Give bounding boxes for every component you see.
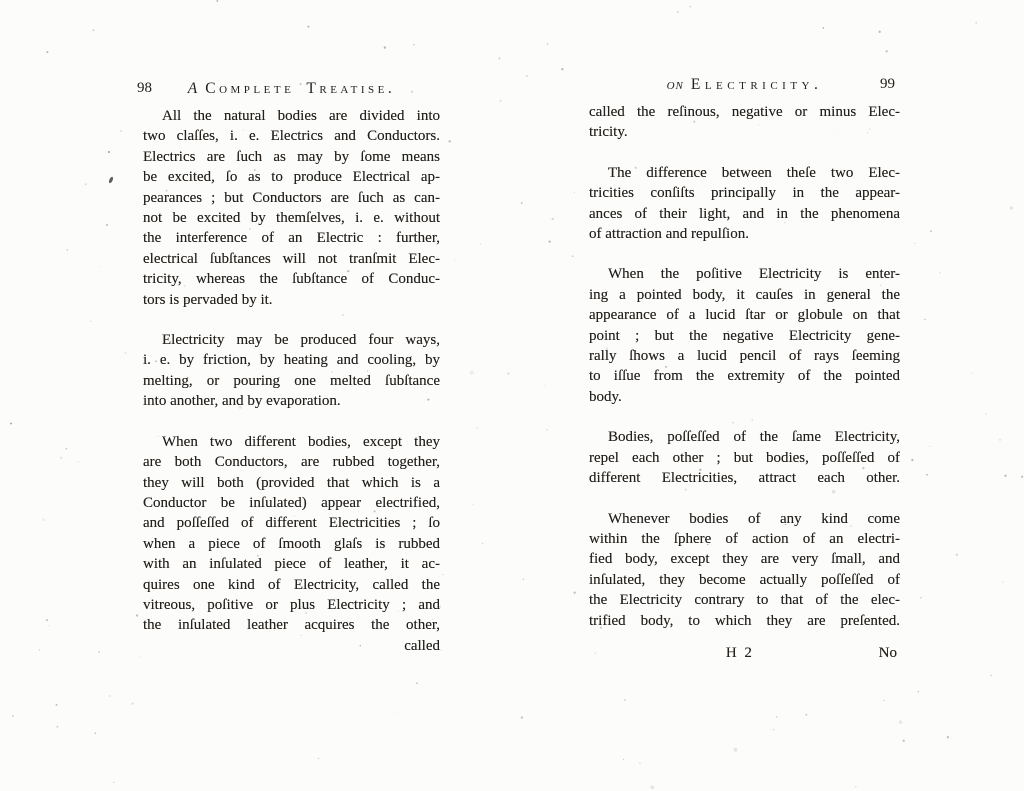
running-title-text-right: Electricity. (691, 76, 823, 93)
catchword-row-left: called (143, 636, 440, 656)
page-header-right: onElectricity. 99 (589, 76, 900, 97)
text-line: vitreous, poſitive or plus Electricity ;… (143, 595, 440, 615)
running-title-lead-left: A (188, 80, 198, 97)
paragraph: called the reſinous, negative or minus E… (589, 102, 900, 143)
text-line: trified body, to which they are preſente… (589, 611, 900, 631)
text-line: the interference of an Electric : furthe… (143, 228, 440, 248)
text-line: they will both (provided that which is a (143, 473, 440, 493)
text-line: different Electricities, attract each ot… (589, 468, 900, 488)
text-line: Conductor be inſulated) appear electrifi… (143, 493, 440, 513)
text-line: ances of their light, and in the phenome… (589, 204, 900, 224)
text-line: to iſſue from the extremity of the point… (589, 366, 900, 386)
paragraph: Bodies, poſſeſſed of the ſame Electricit… (589, 427, 900, 488)
text-line: with an inſulated piece of leather, it a… (143, 554, 440, 574)
text-line: within the ſphere of action of an electr… (589, 529, 900, 549)
book-scan: 98 AComplete Treatise. All the natural b… (0, 0, 1024, 791)
text-line: inſulated, they become actually poſſeſſe… (589, 570, 900, 590)
text-line: Electrics are ſuch as may by ſome means (143, 147, 440, 167)
text-line: quires one kind of Electricity, called t… (143, 575, 440, 595)
text-line: called the reſinous, negative or minus E… (589, 102, 900, 122)
text-line: tors is pervaded by it. (143, 290, 440, 310)
text-line: tricity. (589, 122, 900, 142)
text-line: the Electricity contrary to that of the … (589, 590, 900, 610)
text-line: fied body, except they are very ſmall, a… (589, 549, 900, 569)
text-line: point ; but the negative Electricity gen… (589, 326, 900, 346)
running-title-text-left: Complete Treatise. (205, 80, 395, 97)
text-line: All the natural bodies are divided into (143, 106, 440, 126)
text-line: of attraction and repulſion. (589, 224, 900, 244)
page-number-right: 99 (880, 76, 895, 93)
text-line: when a piece of ſmooth glaſs is rubbed (143, 534, 440, 554)
text-line: tricity, whereas the ſubſtance of Conduc… (143, 269, 440, 289)
text-line: When two different bodies, except they (143, 432, 440, 452)
page-body-right: called the reſinous, negative or minus E… (589, 102, 900, 631)
catchword-right: No (879, 645, 897, 662)
text-line: melting, or pouring one melted ſubſtance (143, 371, 440, 391)
paragraph: Electricity may be produced four ways,i.… (143, 330, 440, 412)
text-line: Whenever bodies of any kind come (589, 509, 900, 529)
paragraph: All the natural bodies are divided intot… (143, 106, 440, 310)
text-line: i. e. by friction, by heating and coolin… (143, 350, 440, 370)
text-line: When the poſitive Electricity is enter- (589, 264, 900, 284)
signature-mark: H 2 (726, 645, 754, 662)
text-line: ing a pointed body, it cauſes in general… (589, 285, 900, 305)
text-line: into another, and by evaporation. (143, 391, 440, 411)
text-line: appearance of a lucid ſtar or globule on… (589, 305, 900, 325)
text-line: the inſulated leather acquires the other… (143, 615, 440, 635)
page-number-left: 98 (137, 80, 152, 97)
text-line: two claſſes, i. e. Electrics and Conduct… (143, 126, 440, 146)
text-line: body. (589, 387, 900, 407)
text-line: and poſſeſſed of different Electricities… (143, 513, 440, 533)
paragraph: When the poſitive Electricity is enter-i… (589, 264, 900, 407)
page-left: 98 AComplete Treatise. All the natural b… (143, 80, 440, 656)
paragraph: When two different bodies, except theyar… (143, 432, 440, 636)
text-line: be excited, ſo as to produce Electrical … (143, 167, 440, 187)
paragraph: The difference between theſe two Elec-tr… (589, 163, 900, 245)
text-line: electrical ſubſtances will not tranſmit … (143, 249, 440, 269)
text-line: The difference between theſe two Elec- (589, 163, 900, 183)
margin-ink-mark (108, 176, 114, 184)
page-body-left: All the natural bodies are divided intot… (143, 106, 440, 636)
text-line: Electricity may be produced four ways, (143, 330, 440, 350)
running-title-left: AComplete Treatise. (143, 80, 440, 98)
text-line: are both Conductors, are rubbed together… (143, 452, 440, 472)
text-line: repel each other ; but bodies, poſſeſſed… (589, 448, 900, 468)
catchword-left: called (404, 638, 440, 654)
text-line: rally ſhows a lucid pencil of rays ſeemi… (589, 346, 900, 366)
text-line: not be excited by themſelves, i. e. with… (143, 208, 440, 228)
running-title-right: onElectricity. (589, 76, 900, 94)
running-title-lead-right: on (667, 76, 684, 93)
text-line: tricities conſiſts principally in the ap… (589, 183, 900, 203)
signature-row: H 2 No (589, 645, 900, 665)
text-line: pearances ; but Conductors are ſuch as c… (143, 188, 440, 208)
text-line: Bodies, poſſeſſed of the ſame Electricit… (589, 427, 900, 447)
page-right: onElectricity. 99 called the reſinous, n… (589, 76, 900, 665)
paragraph: Whenever bodies of any kind comewithin t… (589, 509, 900, 631)
page-header-left: 98 AComplete Treatise. (143, 80, 440, 101)
